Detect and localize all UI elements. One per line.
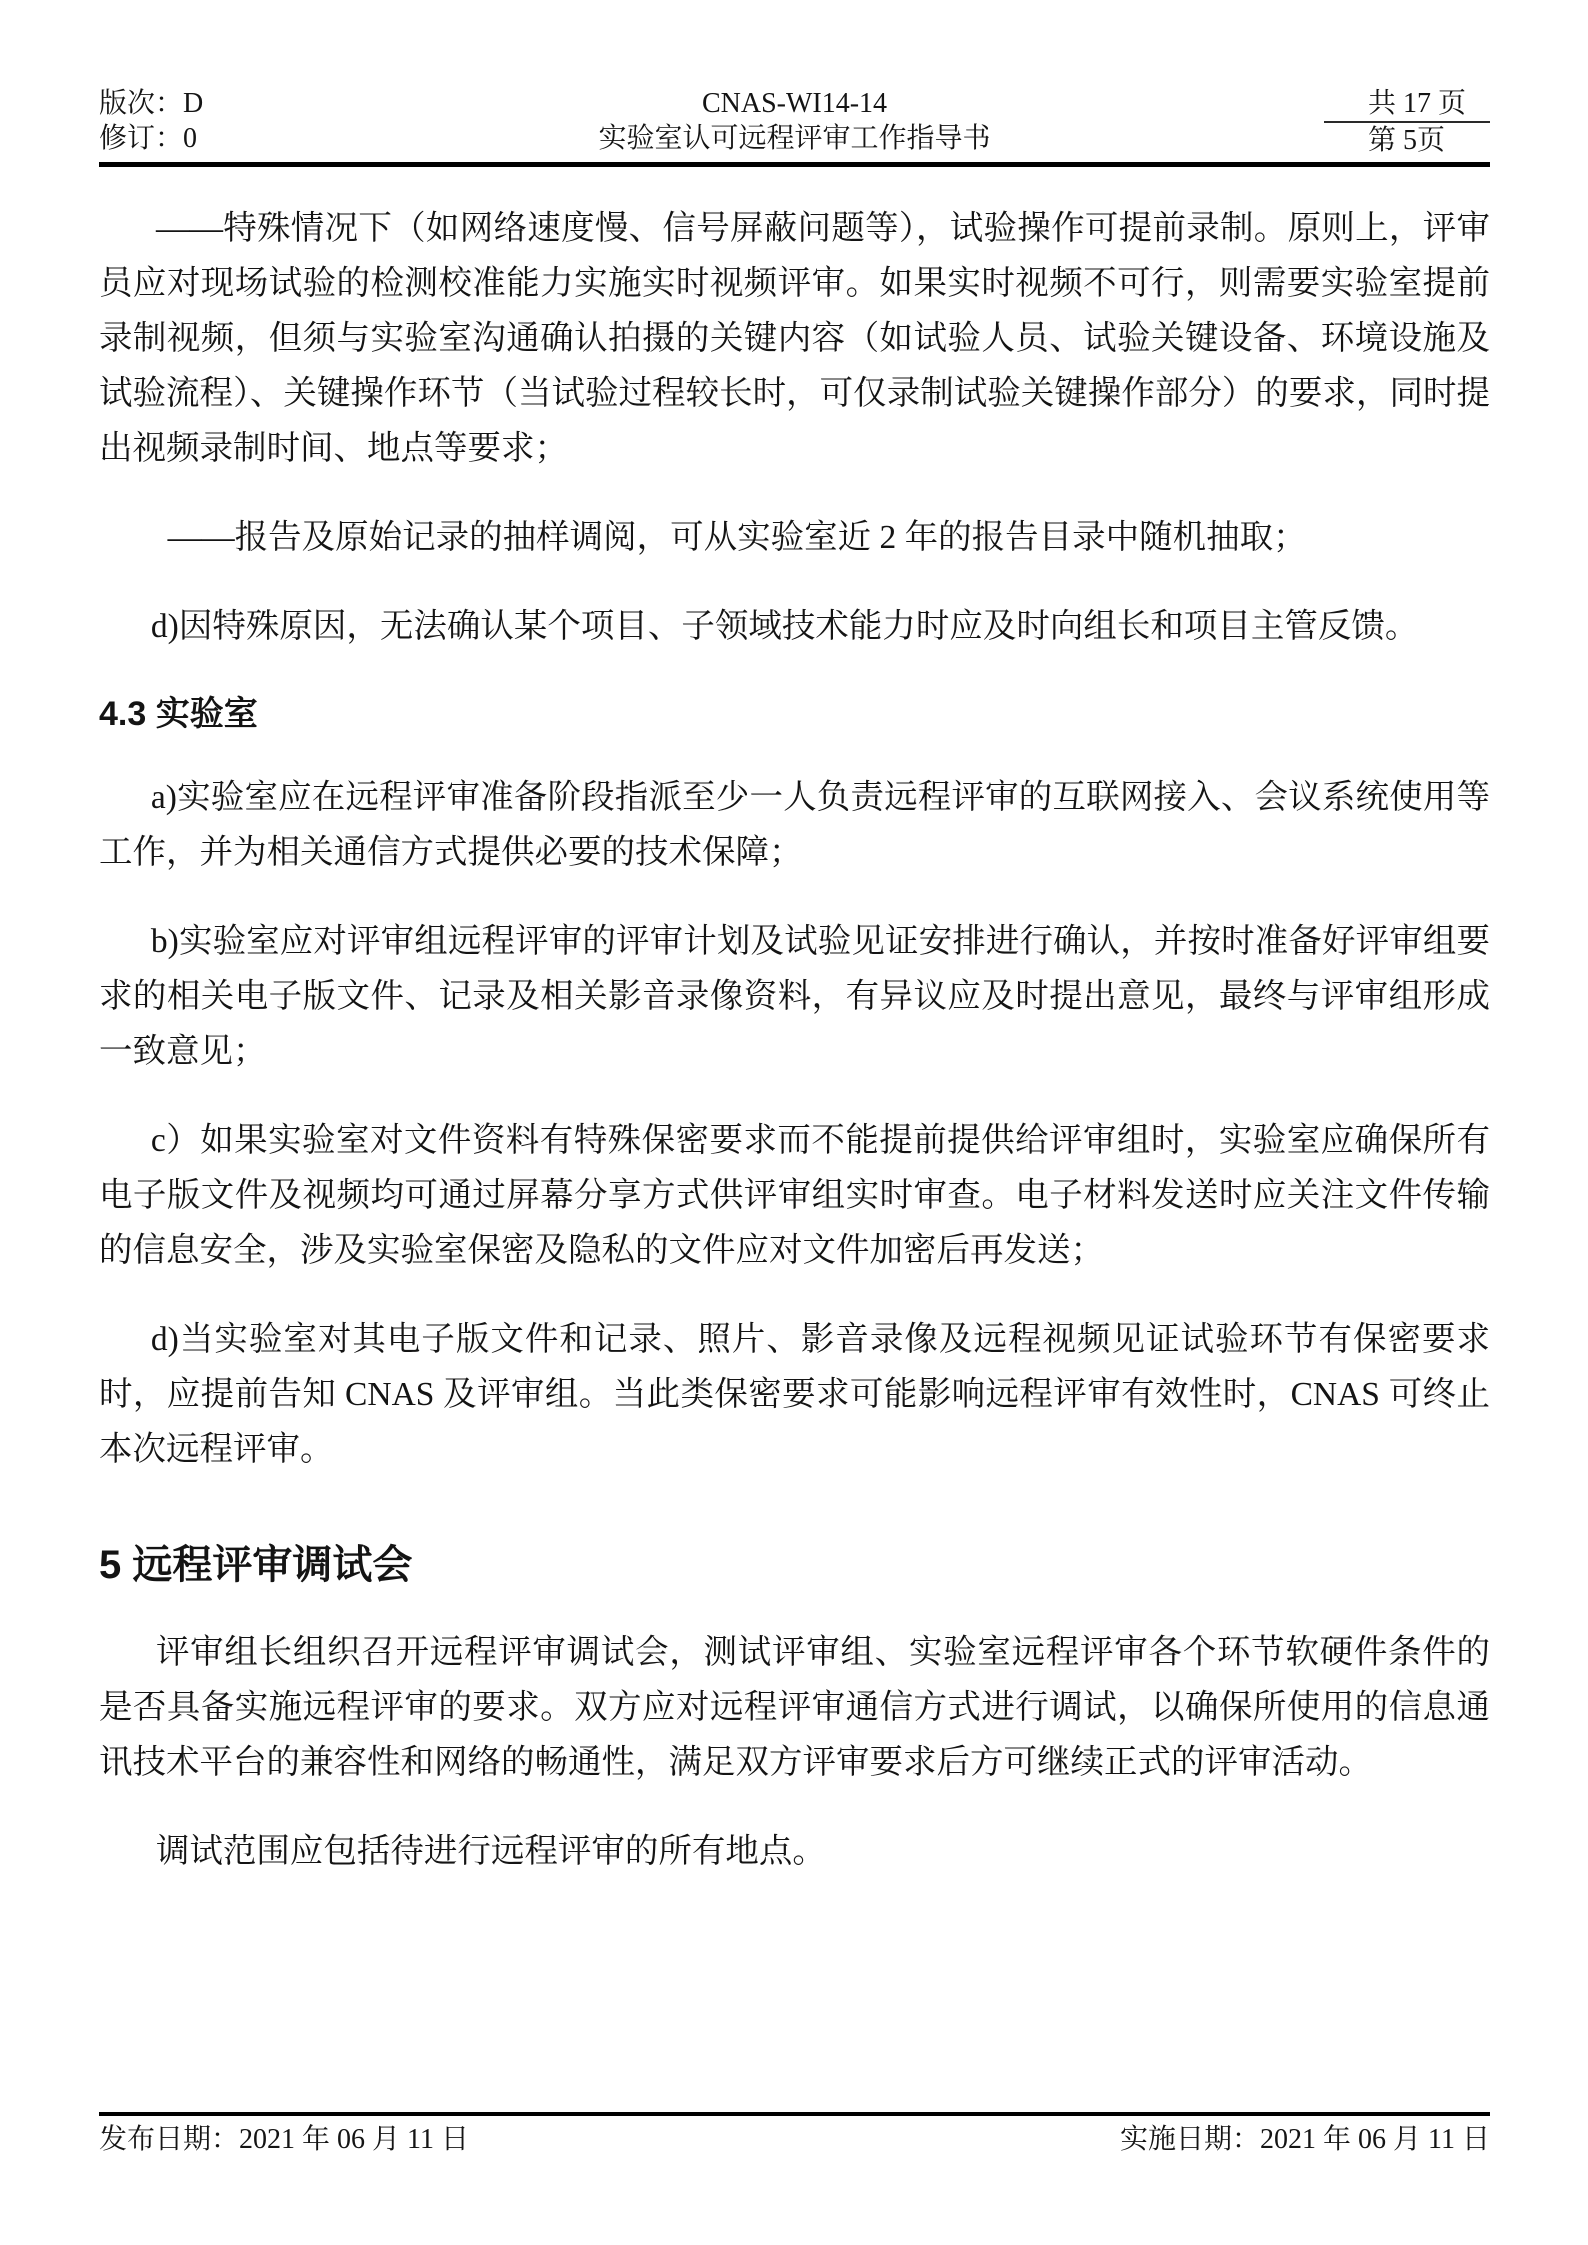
paragraph-item-b-plan-confirmation: b)实验室应对评审组远程评审的评审计划及试验见证安排进行确认，并按时准备好评审组… bbox=[99, 914, 1490, 1079]
paragraph-report-sampling: ——报告及原始记录的抽样调阅，可从实验室近 2 年的报告目录中随机抽取； bbox=[99, 510, 1490, 565]
page-number-label: 第 5页 bbox=[1324, 123, 1490, 158]
document-title: 实验室认可远程评审工作指导书 bbox=[269, 121, 1320, 156]
paragraph-debug-meeting: 评审组长组织召开远程评审调试会，测试评审组、实验室远程评审各个环节软硬件条件的是… bbox=[99, 1625, 1490, 1790]
revision-label: 修订：0 bbox=[99, 121, 203, 156]
issue-date-label: 发布日期：2021 年 06 月 11 日 bbox=[99, 2123, 469, 2157]
total-pages-label: 共 17 页 bbox=[1324, 86, 1490, 123]
header-center-block: CNAS-WI14-14 实验室认可远程评审工作指导书 bbox=[269, 86, 1320, 156]
implementation-date-label: 实施日期：2021 年 06 月 11 日 bbox=[1120, 2123, 1490, 2157]
paragraph-item-c-confidential-files: c）如果实验室对文件资料有特殊保密要求而不能提前提供给评审组时，实验室应确保所有… bbox=[99, 1113, 1490, 1278]
page-footer: 发布日期：2021 年 06 月 11 日 实施日期：2021 年 06 月 1… bbox=[99, 2112, 1490, 2157]
paragraph-item-d-feedback: d)因特殊原因，无法确认某个项目、子领域技术能力时应及时向组长和项目主管反馈。 bbox=[99, 599, 1490, 654]
document-body: ——特殊情况下（如网络速度慢、信号屏蔽问题等），试验操作可提前录制。原则上，评审… bbox=[99, 201, 1490, 1879]
header-right-block: 共 17 页 第 5页 bbox=[1324, 86, 1490, 158]
paragraph-item-a-network-support: a)实验室应在远程评审准备阶段指派至少一人负责远程评审的互联网接入、会议系统使用… bbox=[99, 770, 1490, 880]
document-code: CNAS-WI14-14 bbox=[269, 86, 1320, 121]
section-heading-4-3-laboratory: 4.3 实验室 bbox=[99, 692, 1490, 736]
paragraph-item-d-confidentiality-notice: d)当实验室对其电子版文件和记录、照片、影音录像及远程视频见证试验环节有保密要求… bbox=[99, 1312, 1490, 1477]
paragraph-special-case-recording: ——特殊情况下（如网络速度慢、信号屏蔽问题等），试验操作可提前录制。原则上，评审… bbox=[99, 201, 1490, 476]
header-left-block: 版次：D 修订：0 bbox=[99, 86, 203, 156]
document-page: 版次：D 修订：0 CNAS-WI14-14 实验室认可远程评审工作指导书 共 … bbox=[0, 0, 1588, 2245]
version-label: 版次：D bbox=[99, 86, 203, 121]
section-heading-5-debug-meeting: 5 远程评审调试会 bbox=[99, 1539, 1490, 1591]
page-header: 版次：D 修订：0 CNAS-WI14-14 实验室认可远程评审工作指导书 共 … bbox=[99, 86, 1490, 167]
paragraph-debug-scope: 调试范围应包括待进行远程评审的所有地点。 bbox=[99, 1824, 1490, 1879]
